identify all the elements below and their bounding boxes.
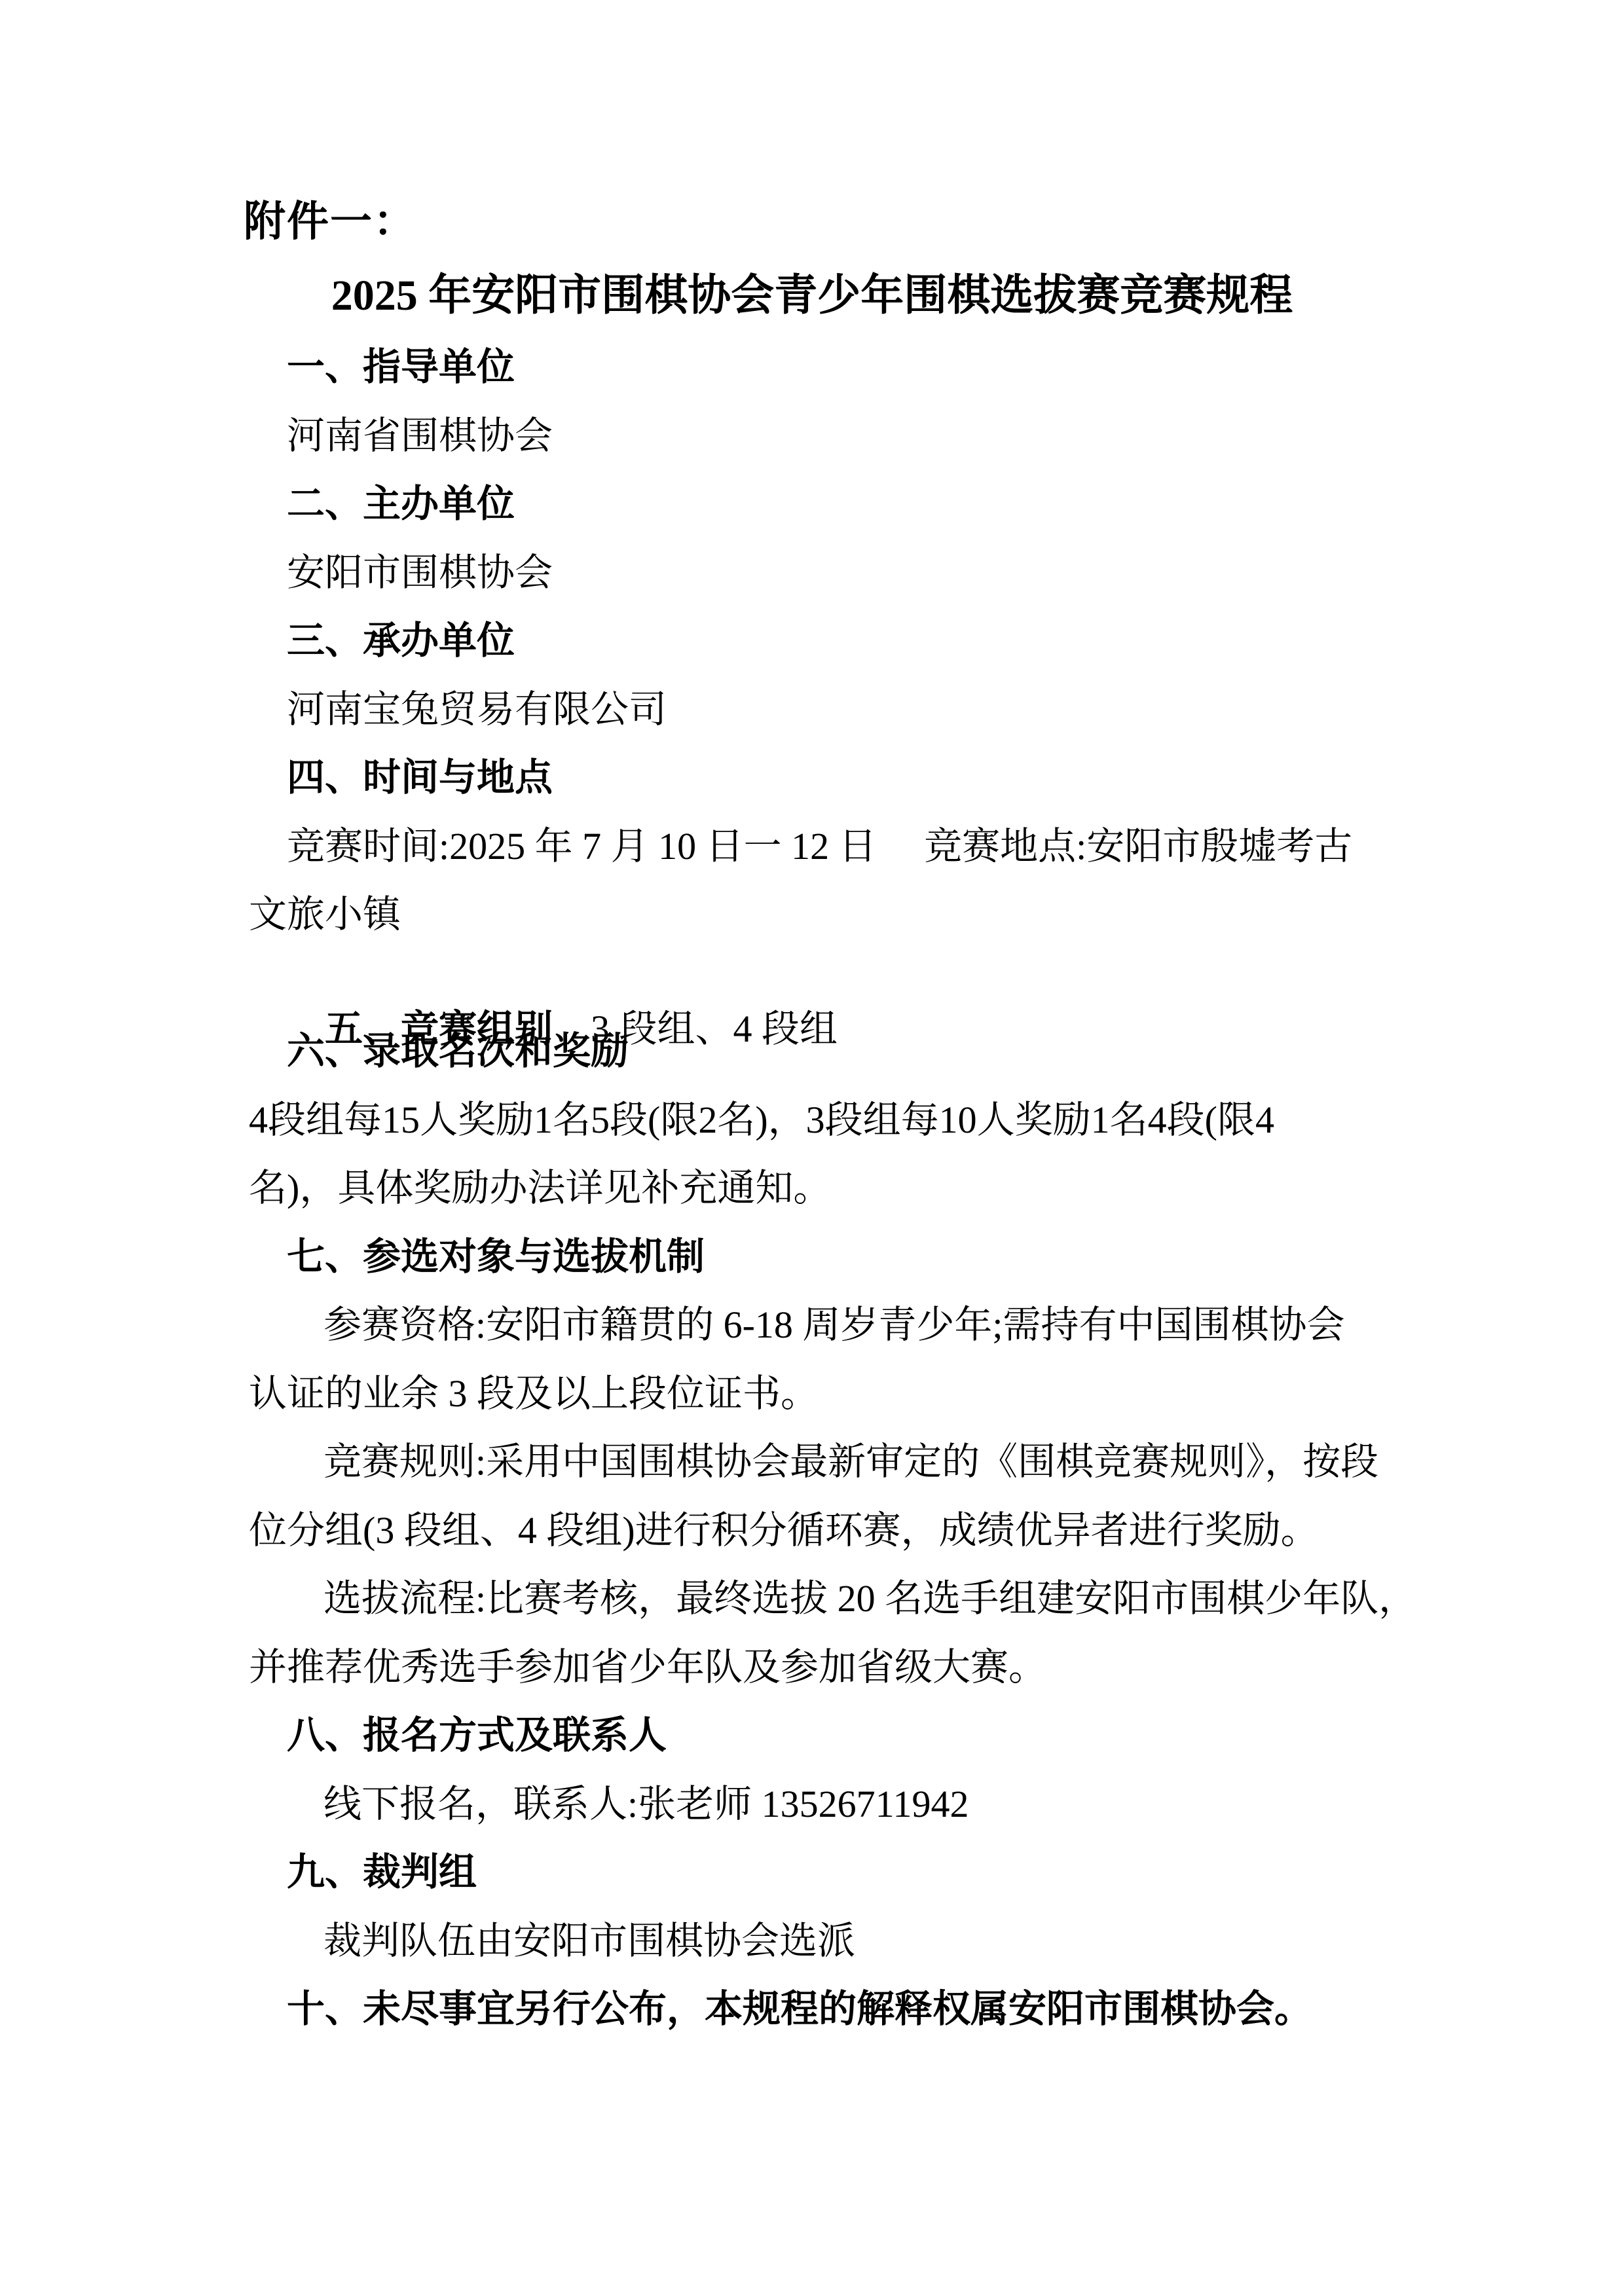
heading-1-guiding-unit: 一、指导单位 xyxy=(287,344,515,390)
heading-10-miscellaneous: 十、未尽事宜另行公布，本规程的解释权属安阳市围棋协会。 xyxy=(287,1986,1312,2032)
body-time-place-line1: 竞赛时间:2025 年 7 月 10 日一 12 日 竞赛地点:安阳市殷墟考古 xyxy=(287,824,1352,869)
document-page: 附件一： 2025 年安阳市围棋协会青少年围棋选拔赛竞赛规程 一、指导单位 河南… xyxy=(0,0,1624,2296)
heading-6-awards: 六、录取名次和奖励 xyxy=(287,1029,629,1074)
heading-4-time-place: 四、时间与地点 xyxy=(287,755,553,801)
body-awards-line2: 名)，具体奖励办法详见补充通知。 xyxy=(249,1165,831,1211)
body-selection-line2: 并推荐优秀选手参加省少年队及参加省级大赛。 xyxy=(249,1645,1046,1690)
body-referee-group: 裁判队伍由安阳市围棋协会选派 xyxy=(323,1918,855,1964)
body-eligibility-line2: 认证的业余 3 段及以上段位证书。 xyxy=(249,1371,819,1417)
heading-2-host-unit: 二、主办单位 xyxy=(287,481,515,527)
body-organizer-unit-name: 河南宝兔贸易有限公司 xyxy=(287,687,667,733)
body-guiding-unit-name: 河南省围棋协会 xyxy=(287,413,553,459)
heading-3-organizer-unit: 三、承办单位 xyxy=(287,618,515,664)
body-rules-line2: 位分组(3 段组、4 段组)进行积分循环赛，成绩优异者进行奖励。 xyxy=(249,1508,1319,1554)
body-eligibility-line1: 参赛资格:安阳市籍贯的 6-18 周岁青少年;需持有中国围棋协会 xyxy=(323,1302,1345,1348)
body-awards-line1: 4段组每15人奖励1名5段(限2名)，3段组每10人奖励1名4段(限4 xyxy=(249,1097,1274,1143)
attachment-label: 附件一： xyxy=(244,196,416,247)
body-time-place-line2: 文旅小镇 xyxy=(249,892,401,938)
body-registration-contact: 线下报名，联系人:张老师 13526711942 xyxy=(323,1781,969,1827)
document-title: 2025 年安阳市围棋协会青少年围棋选拔赛竞赛规程 xyxy=(249,270,1375,321)
body-selection-line1: 选拔流程:比赛考核，最终选拔 20 名选手组建安阳市围棋少年队， xyxy=(323,1576,1416,1622)
body-host-unit-name: 安阳市围棋协会 xyxy=(287,550,553,596)
heading-7-eligibility-mechanism: 七、参选对象与选拔机制 xyxy=(287,1234,705,1280)
heading-8-registration-contact: 八、报名方式及联系人 xyxy=(287,1713,667,1758)
heading-9-referee-group: 九、裁判组 xyxy=(287,1850,477,1895)
body-rules-line1: 竞赛规则:采用中国围棋协会最新审定的《围棋竞赛规则》，按段 xyxy=(323,1439,1378,1485)
